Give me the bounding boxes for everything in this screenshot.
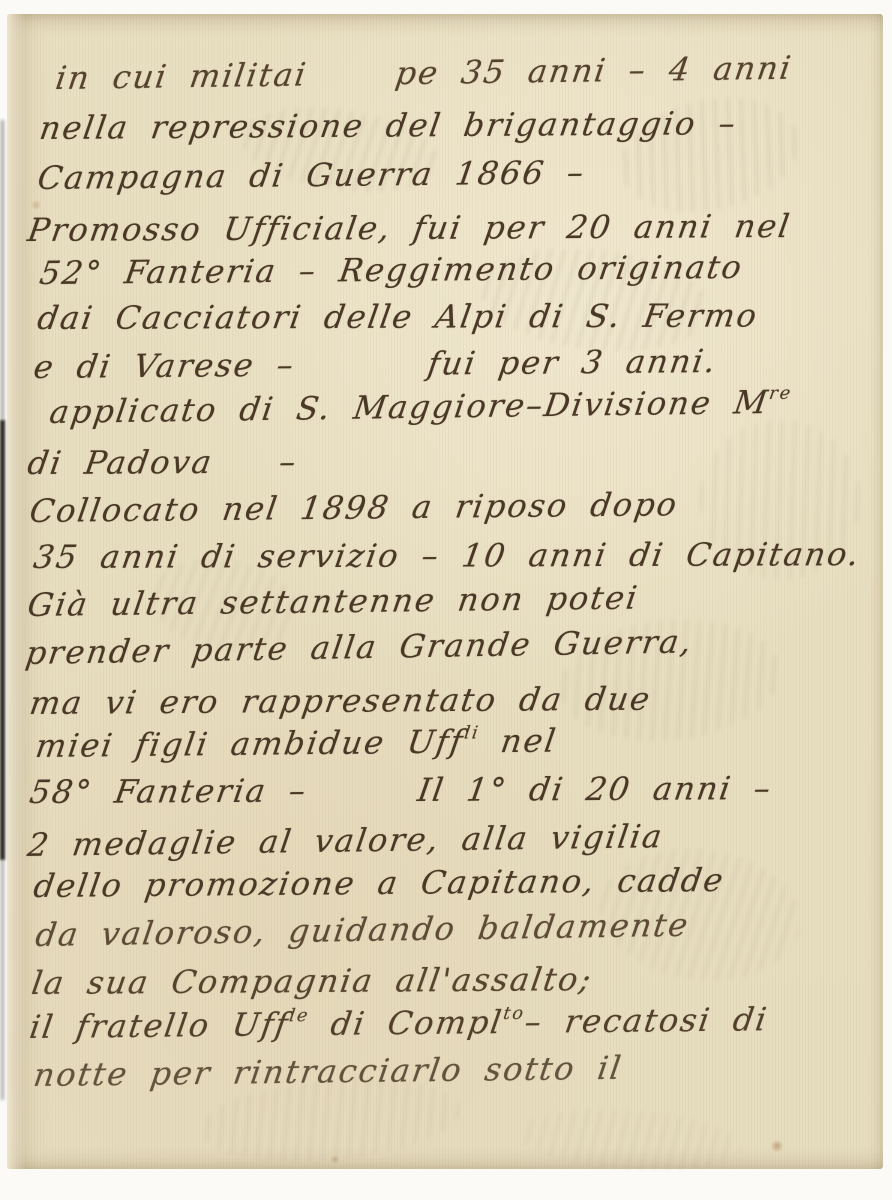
handwritten-text: di Compl <box>307 1006 506 1040</box>
manuscript-line: prender parte alla Grande Guerra, <box>26 625 693 669</box>
handwritten-text: la sua Compagnia all'assalto; <box>30 963 595 999</box>
handwritten-text: in cui militai pe 35 anni – 4 anni <box>54 52 795 94</box>
manuscript-line: dello promozione a Capitano, cadde <box>34 864 725 902</box>
manuscript-line: 58° Fanteria – Il 1° di 20 anni – <box>30 772 772 808</box>
manuscript-line: 52° Fanteria – Reggimento originato <box>40 251 743 289</box>
handwritten-text: 58° Fanteria – Il 1° di 20 anni – <box>28 772 775 808</box>
handwritten-text: dello promozione a Capitano, cadde <box>32 864 727 902</box>
manuscript-line: la sua Compagnia all'assalto; <box>32 963 593 999</box>
manuscript-line: ma vi ero rappresentato da due <box>30 683 652 719</box>
handwritten-text: di Padova – <box>26 446 300 479</box>
manuscript-line: Promosso Ufficiale, fui per 20 anni nel <box>28 210 791 246</box>
handwritten-text: da valoroso, guidando baldamente <box>34 909 692 951</box>
handwritten-text: notte per rintracciarlo sotto il <box>32 1052 625 1091</box>
handwritten-text: Già ultra settantenne non potei <box>26 582 641 622</box>
manuscript-line: il fratello Uffle di Complto– recatosi d… <box>30 1003 768 1043</box>
handwritten-text: ma vi ero rappresentato da due <box>28 683 654 719</box>
superscript-text: re <box>768 386 793 404</box>
handwritten-text: Collocato nel 1898 a riposo dopo <box>28 488 681 527</box>
handwritten-text: il fratello Uff <box>28 1008 292 1043</box>
manuscript-line: di Padova – <box>28 446 298 479</box>
manuscript-line: nella repressione del brigantaggio – <box>40 107 737 144</box>
manuscript-line: Già ultra settantenne non potei <box>28 582 639 621</box>
manuscript-line: notte per rintracciarlo sotto il <box>34 1052 623 1091</box>
scanned-letter-page: in cui militai pe 35 anni – 4 anninella … <box>0 0 892 1200</box>
handwritten-text: – recatosi di <box>522 1003 770 1038</box>
handwritten-text: miei figli ambidue Uff <box>34 725 467 762</box>
manuscript-line: dai Cacciatori delle Alpi di S. Fermo <box>38 299 758 334</box>
handwritten-text: Campagna di Guerra 1866 – <box>36 156 588 194</box>
manuscript-line: 35 anni di servizio – 10 anni di Capitan… <box>34 538 860 573</box>
handwritten-text: Promosso Ufficiale, fui per 20 anni nel <box>26 210 794 246</box>
handwritten-text: dai Cacciatori delle Alpi di S. Fermo <box>36 299 761 334</box>
manuscript-lines: in cui militai pe 35 anni – 4 anninella … <box>0 0 892 1200</box>
manuscript-line: Campagna di Guerra 1866 – <box>38 156 586 194</box>
manuscript-line: Collocato nel 1898 a riposo dopo <box>30 488 679 527</box>
manuscript-line: e di Varese – fui per 3 anni. <box>34 345 717 383</box>
handwritten-text: prender parte alla Grande Guerra, <box>24 625 695 669</box>
manuscript-line: miei figli ambidue Uffli nel <box>36 725 558 762</box>
manuscript-line: in cui militai pe 35 anni – 4 anni <box>56 52 793 94</box>
superscript-text: le <box>288 1008 311 1026</box>
handwritten-text: applicato di S. Maggiore–Divisione M <box>48 386 772 428</box>
manuscript-line: 2 medaglie al valore, alla vigilia <box>28 820 664 861</box>
manuscript-line: da valoroso, guidando baldamente <box>36 909 690 951</box>
superscript-text: to <box>502 1006 526 1024</box>
handwritten-text: 52° Fanteria – Reggimento originato <box>38 251 746 289</box>
handwritten-text: nella repressione del brigantaggio – <box>38 107 740 144</box>
handwritten-text: nel <box>477 725 560 758</box>
handwritten-text: e di Varese – fui per 3 anni. <box>32 345 720 383</box>
handwritten-text: 35 anni di servizio – 10 anni di Capitan… <box>32 538 863 573</box>
handwritten-text: 2 medaglie al valore, alla vigilia <box>26 820 666 861</box>
manuscript-line: applicato di S. Maggiore–Divisione Mre <box>50 386 792 428</box>
